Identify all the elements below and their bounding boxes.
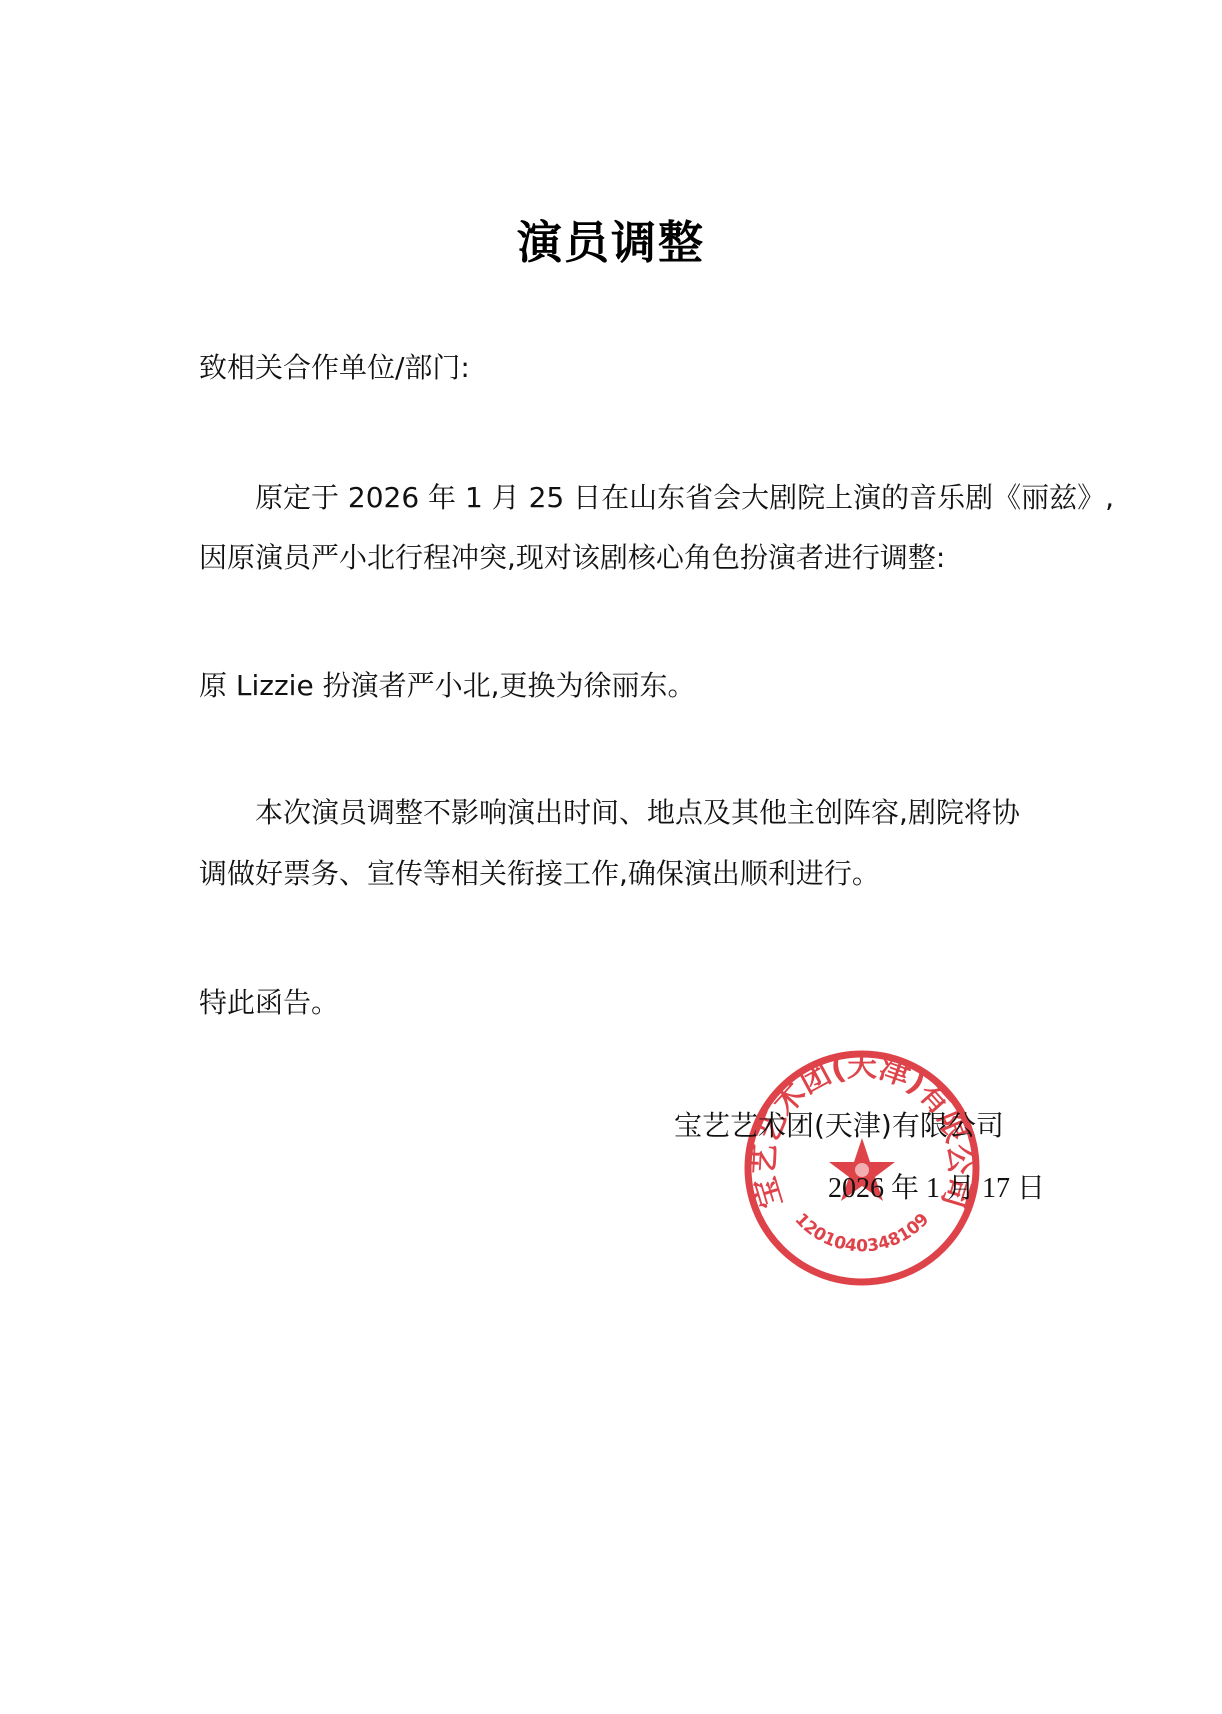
seal-number: 1201040348109	[791, 1210, 934, 1257]
salutation: 致相关合作单位/部门:	[199, 350, 470, 386]
svg-text:1201040348109: 1201040348109	[791, 1210, 934, 1257]
closing-remark: 特此函告。	[199, 985, 339, 1021]
official-seal-icon: 宝艺艺术团(天津)有限公司 1201040348109	[740, 1046, 984, 1290]
signature-company: 宝艺艺术团(天津)有限公司	[674, 1108, 1004, 1144]
paragraph-1-line-2: 因原演员严小北行程冲突,现对该剧核心角色扮演者进行调整:	[199, 540, 945, 576]
paragraph-2-line-1: 本次演员调整不影响演出时间、地点及其他主创阵容,剧院将协	[255, 795, 1020, 831]
paragraph-1-line-1: 原定于 2026 年 1 月 25 日在山东省会大剧院上演的音乐剧《丽兹》,	[255, 480, 1114, 516]
paragraph-2-line-2: 调做好票务、宣传等相关衔接工作,确保演出顺利进行。	[199, 856, 880, 892]
document-title: 演员调整	[0, 206, 1222, 271]
signature-date: 2026 年 1 月 17 日	[828, 1171, 1045, 1207]
replacement-statement: 原 Lizzie 扮演者严小北,更换为徐丽东。	[199, 668, 695, 704]
